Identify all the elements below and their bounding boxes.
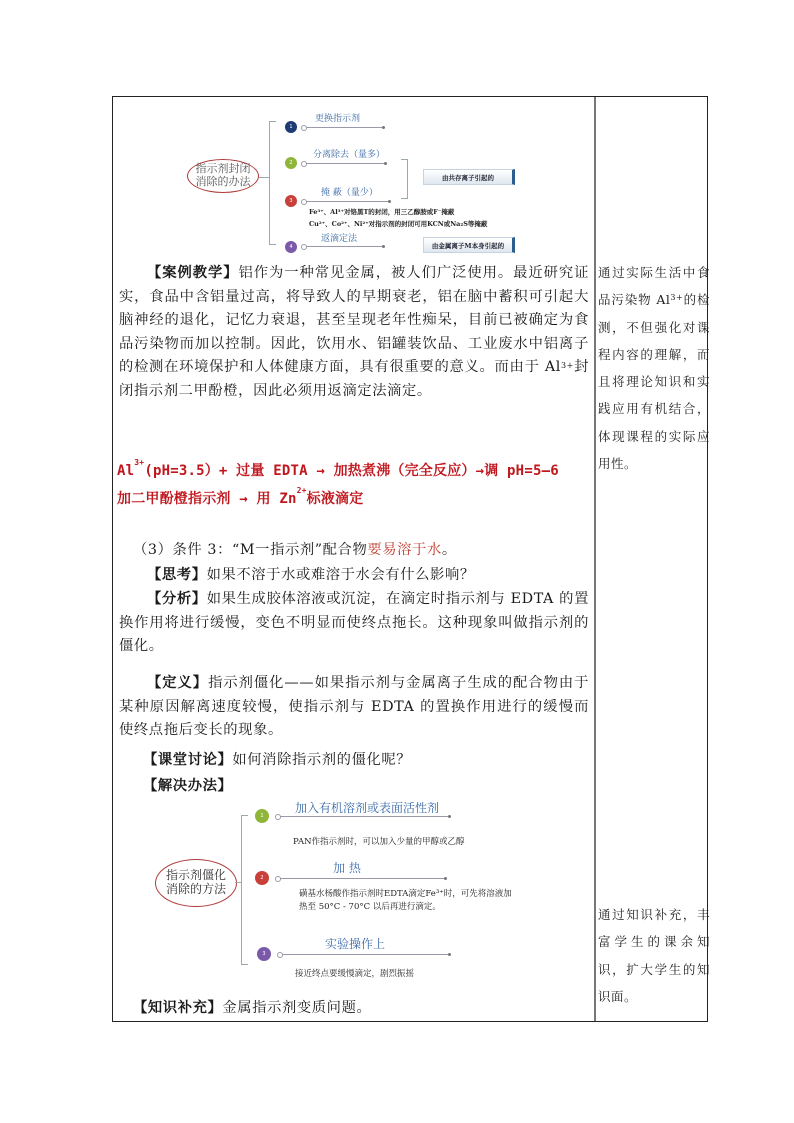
procedure-line-1: Al3+(pH=3.5）+ 过量 EDTA → 加热煮沸（完全反应）→调 pH=…	[117, 460, 559, 480]
solution-heading: 【解决办法】	[119, 775, 589, 799]
branch-title: 实验操作上	[325, 935, 385, 952]
branch-note: PAN作指示剂时，可以加入少量的甲醇或乙醇	[293, 835, 465, 847]
branch-title: 加 热	[333, 859, 361, 876]
branch-note: 磺基水杨酸作指示剂时EDTA滴定Fe³⁺时，可先将溶液加	[299, 887, 512, 899]
diagram-center-ellipse: 指示剂封闭消除的办法	[187, 159, 259, 193]
branch-dot-2: 2	[255, 871, 269, 885]
branch-line	[303, 246, 383, 247]
connector	[259, 177, 269, 178]
stiffening-removal-diagram: 指示剂僵化消除的方法 1 加入有机溶剂或表面活性剂 PAN作指示剂时，可以加入少…	[149, 805, 529, 989]
formula: (pH=3.5）+ 过量 EDTA → 加热煮沸（完全反应）→调 pH=5—6	[144, 463, 559, 479]
branch-line	[303, 163, 385, 164]
superscript: 3+	[670, 293, 683, 302]
paragraph-text: 金属指示剂变质问题。	[222, 1000, 371, 1016]
section-label: 【案例教学】	[147, 265, 239, 281]
branch-dot-3: 3	[257, 947, 271, 961]
branch-title: 掩 蔽（量少）	[321, 185, 378, 198]
center-line: 指示剂僵化	[166, 869, 226, 883]
think-paragraph: 【思考】如果不溶于水或难溶于水会有什么影响？	[119, 564, 589, 588]
highlight-text: 要易溶于水	[367, 542, 441, 558]
bracket	[241, 815, 248, 965]
discussion-paragraph: 【课堂讨论】如何消除指示剂的僵化呢？	[119, 749, 589, 773]
branch-dot-1: 1	[255, 809, 269, 823]
section-label: 【定义】	[147, 675, 208, 691]
branch-title: 返滴定法	[321, 231, 357, 244]
connector	[235, 882, 241, 883]
center-line: 消除的办法	[196, 176, 251, 189]
branch-title: 加入有机溶剂或表面活性剂	[295, 799, 439, 816]
lesson-table: 指示剂封闭消除的办法 1 更换指示剂 2 分离除去（量多） 由共存离子引起的 3…	[112, 96, 708, 1022]
supplement-paragraph: 【知识补充】金属指示剂变质问题。	[119, 997, 589, 1021]
formula: Al	[117, 463, 134, 479]
superscript: 3+	[134, 458, 144, 467]
branch-line	[279, 954, 449, 955]
procedure-line-2: 加二甲酚橙指示剂 → 用 Zn2+标液滴定	[117, 488, 363, 508]
formula: 标液滴定	[307, 491, 364, 507]
superscript: 3+	[561, 361, 574, 370]
tag-metal-ion: 由金属离子M本身引起的	[423, 237, 515, 253]
side-note-1: 通过实际生活中食品污染物 Al3+的检测，不但强化对课程内容的理解，而且将理论知…	[598, 259, 710, 477]
section-label: 【分析】	[147, 591, 207, 607]
branch-dot-1: 1	[285, 121, 297, 133]
paragraph-text: 如何消除指示剂的僵化呢？	[232, 752, 411, 768]
branch-note: 热至 50°C - 70°C 以后再进行滴定。	[299, 900, 441, 912]
notes-column: 通过实际生活中食品污染物 Al3+的检测，不但强化对课程内容的理解，而且将理论知…	[596, 97, 707, 1021]
branch-line	[303, 127, 383, 128]
formula: 加二甲酚橙指示剂 → 用 Zn	[117, 491, 297, 507]
condition-3: （3）条件 3：“M一指示剂”配合物要易溶于水。	[119, 539, 589, 563]
section-label: 【思考】	[147, 567, 207, 583]
side-note-2: 通过知识补充，丰富学生的课余知识，扩大学生的知识面。	[598, 901, 710, 1010]
branch-dot-3: 3	[285, 195, 297, 207]
paragraph-text: 铝作为一种常见金属，被人们广泛使用。最近研究证实，食品中含铝量过高，将导致人的早…	[119, 265, 589, 375]
branch-line	[303, 201, 389, 202]
case-teaching-paragraph: 【案例教学】铝作为一种常见金属，被人们广泛使用。最近研究证实，食品中含铝量过高，…	[119, 262, 589, 403]
branch-dot-4: 4	[285, 241, 297, 253]
branch-note: 接近终点要缓慢滴定，剧烈振摇	[295, 967, 414, 979]
section-label: 【课堂讨论】	[143, 752, 232, 768]
section-label: 【解决办法】	[143, 778, 232, 794]
tag-coexisting-ions: 由共存离子引起的	[423, 169, 515, 185]
branch-dot-2: 2	[285, 157, 297, 169]
note-text: 的检测，不但强化对课程内容的理解，而且将理论知识和实践应用有机结合，体现课程的实…	[598, 292, 710, 471]
analysis-paragraph: 【分析】如果生成胶体溶液或沉淀，在滴定时指示剂与 EDTA 的置换作用将进行缓慢…	[119, 588, 589, 659]
branch-title: 更换指示剂	[315, 111, 360, 124]
masking-note: Cu²⁺、Co²⁺、Ni²⁺对指示剂的封闭可用KCN或Na₂S等掩蔽	[309, 219, 487, 228]
paragraph-text: 如果不溶于水或难溶于水会有什么影响？	[207, 567, 475, 583]
paragraph-text: 。	[442, 542, 457, 558]
masking-note: Fe³⁺、Al³⁺对铬黑T的封闭，用三乙醇胺或F⁻掩蔽	[309, 207, 454, 216]
paragraph-text: （3）条件 3：“M一指示剂”配合物	[133, 542, 367, 558]
definition-paragraph: 【定义】指示剂僵化——如果指示剂与金属离子生成的配合物由于某种原因解离速度较慢，…	[119, 672, 589, 743]
branch-line	[277, 878, 445, 879]
superscript: 2+	[297, 486, 307, 495]
bracket	[401, 159, 408, 199]
center-line: 消除的方法	[166, 883, 226, 897]
blocking-removal-diagram: 指示剂封闭消除的办法 1 更换指示剂 2 分离除去（量多） 由共存离子引起的 3…	[173, 103, 533, 249]
branch-title: 分离除去（量多）	[313, 147, 385, 160]
bracket	[269, 121, 276, 245]
diagram-center-ellipse: 指示剂僵化消除的方法	[155, 859, 237, 907]
content-column: 指示剂封闭消除的办法 1 更换指示剂 2 分离除去（量多） 由共存离子引起的 3…	[113, 97, 594, 1021]
branch-line	[277, 816, 449, 817]
section-label: 【知识补充】	[133, 1000, 222, 1016]
